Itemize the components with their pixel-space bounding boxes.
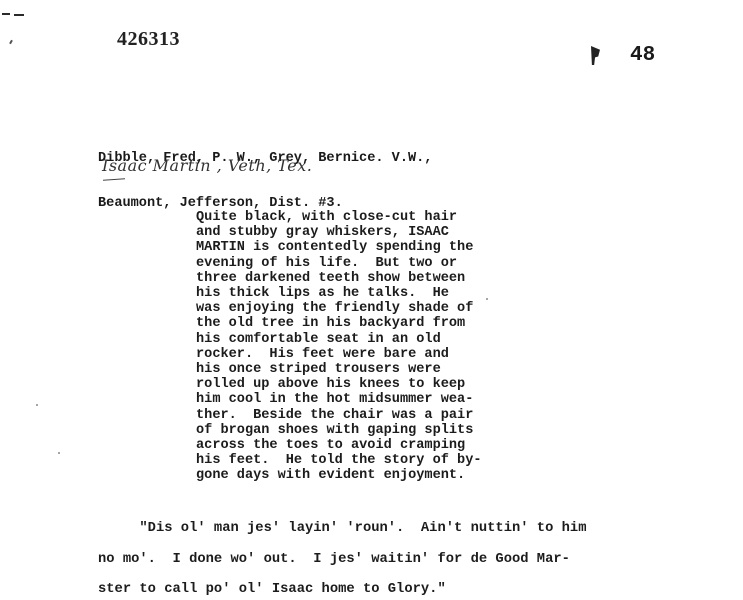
paragraph-line: was enjoying the friendly shade of xyxy=(196,301,516,316)
paragraph-line: evening of his life. But two or xyxy=(196,256,516,271)
paragraph-line: him cool in the hot midsummer wea- xyxy=(196,392,516,407)
paragraph-line: gone days with evident enjoyment. xyxy=(196,468,516,483)
paragraph-line: ther. Beside the chair was a pair xyxy=(196,408,516,423)
margin-mark-dash xyxy=(14,14,24,16)
paragraph-line: his feet. He told the story of by- xyxy=(196,453,516,468)
paragraph-line: of brogan shoes with gaping splits xyxy=(196,423,516,438)
paragraph-line: the old tree in his backyard from xyxy=(196,316,516,331)
dialect-quote: "Dis ol' man jes' layin' 'roun'. Ain't n… xyxy=(98,514,658,600)
paragraph-line: and stubby gray whiskers, ISAAC xyxy=(196,225,516,240)
quote-line: "Dis ol' man jes' layin' 'roun'. Ain't n… xyxy=(98,514,658,545)
paragraph-line: rocker. His feet were bare and xyxy=(196,347,516,362)
page-number: 48 xyxy=(630,44,655,67)
handwritten-note: Isaac Martin , Veth, Tex. xyxy=(102,156,312,175)
archive-number: 426313 xyxy=(117,28,180,51)
paragraph-line: his comfortable seat in an old xyxy=(196,332,516,347)
paragraph-line: his thick lips as he talks. He xyxy=(196,286,516,301)
paper-speck xyxy=(486,298,488,300)
header-line: Beaumont, Jefferson, Dist. #3. xyxy=(98,196,432,211)
quote-line: ster to call po' ol' Isaac home to Glory… xyxy=(98,575,658,600)
description-paragraph: Quite black, with close-cut hair and stu… xyxy=(196,210,516,484)
margin-mark-dash xyxy=(2,13,10,15)
quote-line: no mo'. I done wo' out. I jes' waitin' f… xyxy=(98,545,658,576)
paper-speck xyxy=(58,452,60,454)
paragraph-line: his once striped trousers were xyxy=(196,362,516,377)
paragraph-line: MARTIN is contentedly spending the xyxy=(196,240,516,255)
margin-mark-tick xyxy=(9,40,13,44)
paragraph-line: Quite black, with close-cut hair xyxy=(196,210,516,225)
paper-speck xyxy=(36,404,38,406)
page-flag-icon xyxy=(591,46,600,65)
paragraph-line: rolled up above his knees to keep xyxy=(196,377,516,392)
paragraph-line: across the toes to avoid cramping xyxy=(196,438,516,453)
paragraph-line: three darkened teeth show between xyxy=(196,271,516,286)
